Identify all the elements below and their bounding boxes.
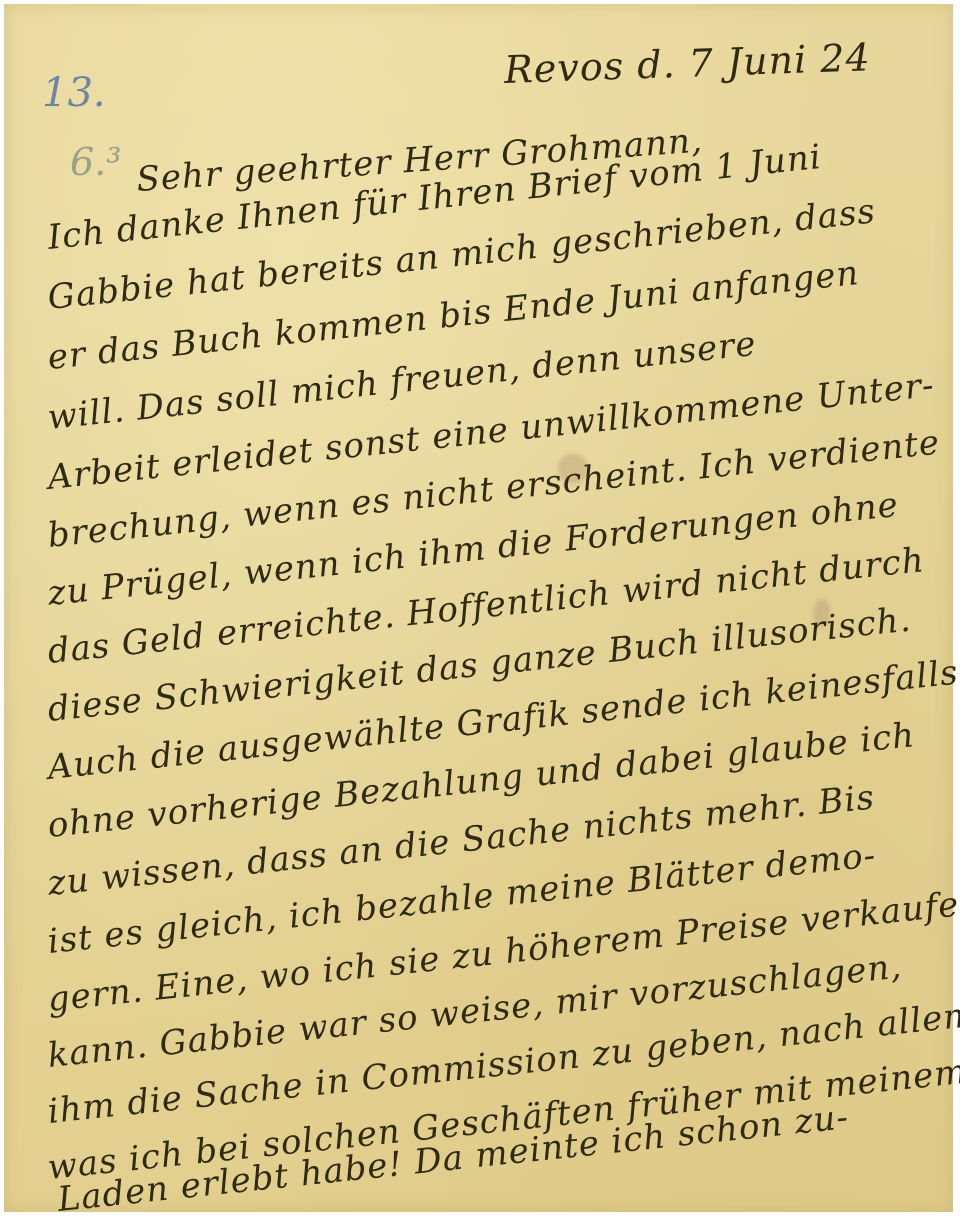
pencil-note: 6.³ (70, 140, 122, 184)
archive-number: 13. (42, 70, 106, 116)
